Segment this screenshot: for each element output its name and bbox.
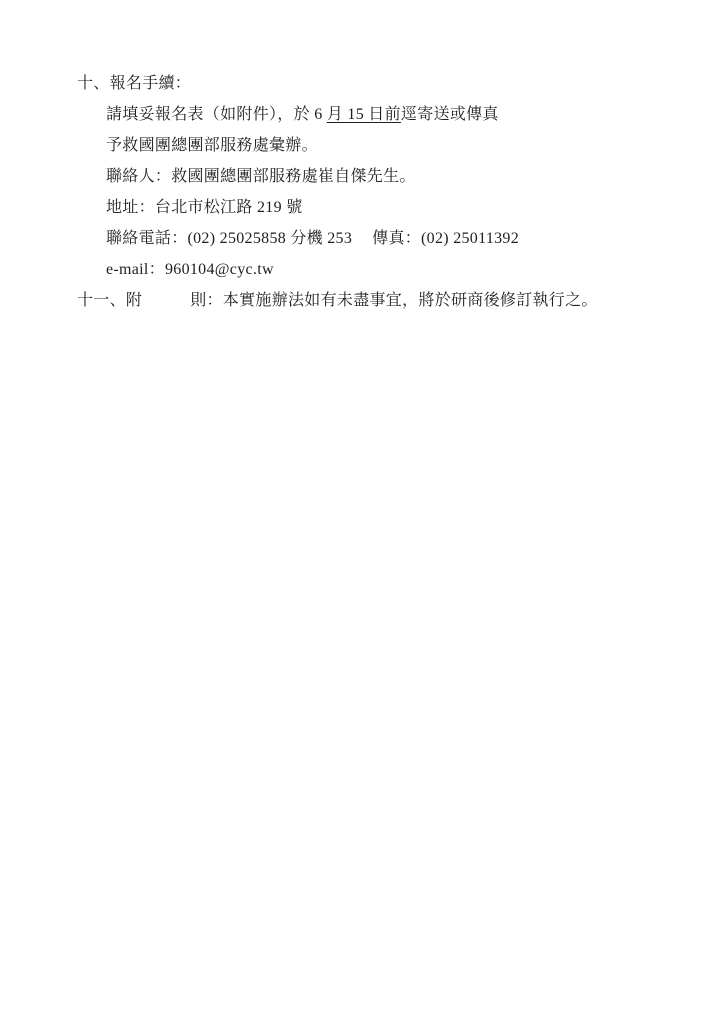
- item-11-label: 十一、附: [77, 292, 142, 309]
- item-10-address-line: 地址：台北市松江路 219 號: [77, 192, 707, 223]
- fax-number-text: 傳真：(02) 25011392: [372, 230, 519, 247]
- item-10-heading: 十、報名手續：: [77, 68, 707, 99]
- document-page: 十、報名手續： 請填妥報名表（如附件），於 6 月 15 日前逕寄送或傳真 予救…: [0, 0, 723, 1024]
- item-11-line: 十一、附則：本實施辦法如有未盡事宜，將於研商後修訂執行之。: [77, 285, 707, 316]
- item-10-email-line: e-mail：960104@cyc.tw: [77, 254, 707, 285]
- item-10-deadline-line: 請填妥報名表（如附件），於 6 月 15 日前逕寄送或傳真: [77, 99, 707, 130]
- item-10-forwarding-line: 予救國團總團部服務處彙辦。: [77, 130, 707, 161]
- item-11-text: 則：本實施辦法如有未盡事宜，將於研商後修訂執行之。: [190, 292, 598, 309]
- deadline-text-pre: 請填妥報名表（如附件），於 6: [106, 106, 327, 123]
- phone-number-text: 聯絡電話：(02) 25025858 分機 253: [106, 230, 352, 247]
- item-10-phone-line: 聯絡電話：(02) 25025858 分機 253傳真：(02) 2501139…: [77, 223, 707, 254]
- document-body: 十、報名手續： 請填妥報名表（如附件），於 6 月 15 日前逕寄送或傳真 予救…: [77, 68, 707, 316]
- item-10-contact-line: 聯絡人：救國團總團部服務處崔自傑先生。: [77, 161, 707, 192]
- deadline-underlined-date: 月 15 日前: [327, 106, 401, 123]
- item-11-label-spacing: [142, 304, 190, 305]
- deadline-text-post: 逕寄送或傳真: [401, 106, 499, 123]
- phone-fax-spacing: [352, 242, 372, 243]
